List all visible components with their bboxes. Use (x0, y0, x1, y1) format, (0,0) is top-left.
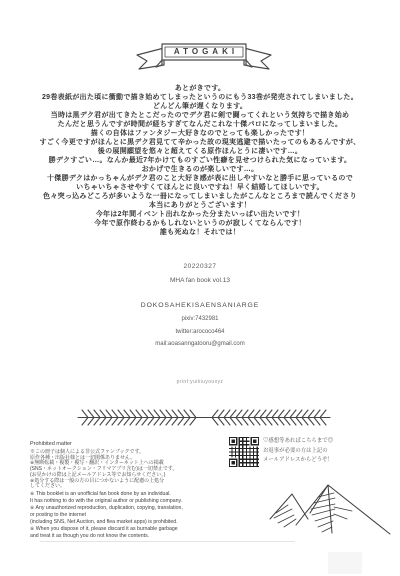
release-date: 20220327 (0, 263, 400, 270)
qr-code (229, 437, 259, 467)
afterword-text: あとがきです。 29巻表紙が出た頃に衝動で描き始めてしまったというのにもう33巻… (0, 84, 400, 237)
print-credit: print:yuikiuyouxyz (0, 379, 400, 385)
branch-divider-icon (74, 407, 334, 428)
book-title: MHA fan book vol.13 (0, 277, 400, 284)
ribbon-banner: ATOGAKI (134, 41, 274, 77)
mountain-sketch-icon (268, 479, 398, 539)
prohibited-heading: Prohibited matter (30, 441, 72, 447)
pixiv-handle: pixiv:7432981 (0, 316, 400, 322)
circle-name: DOKOSAHEKISAENSANIARGE (0, 302, 400, 309)
afterword-page: ATOGAKI あとがきです。 29巻表紙が出た頃に衝動で描き始めてしまったとい… (0, 0, 400, 576)
scan-artifact (328, 552, 362, 574)
scan-artifact (40, 541, 295, 542)
banner-title: ATOGAKI (162, 44, 246, 60)
prohibited-en-text: ※ This booklet is an unofficial fan book… (30, 491, 183, 540)
twitter-handle: twitter:arococo464 (0, 329, 400, 335)
mail-address: mail:aoasanngatooru@gmail.com (0, 341, 400, 347)
qr-note-text: ♡感想等あればこちらまで◎ お返事が必要の方は上記の メールアドレスからどうぞ！ (263, 437, 333, 466)
prohibited-jp-text: ※この冊子は個人による非公式ファンブックです。 原作各種・出版社様とは一切関係あ… (30, 450, 177, 490)
